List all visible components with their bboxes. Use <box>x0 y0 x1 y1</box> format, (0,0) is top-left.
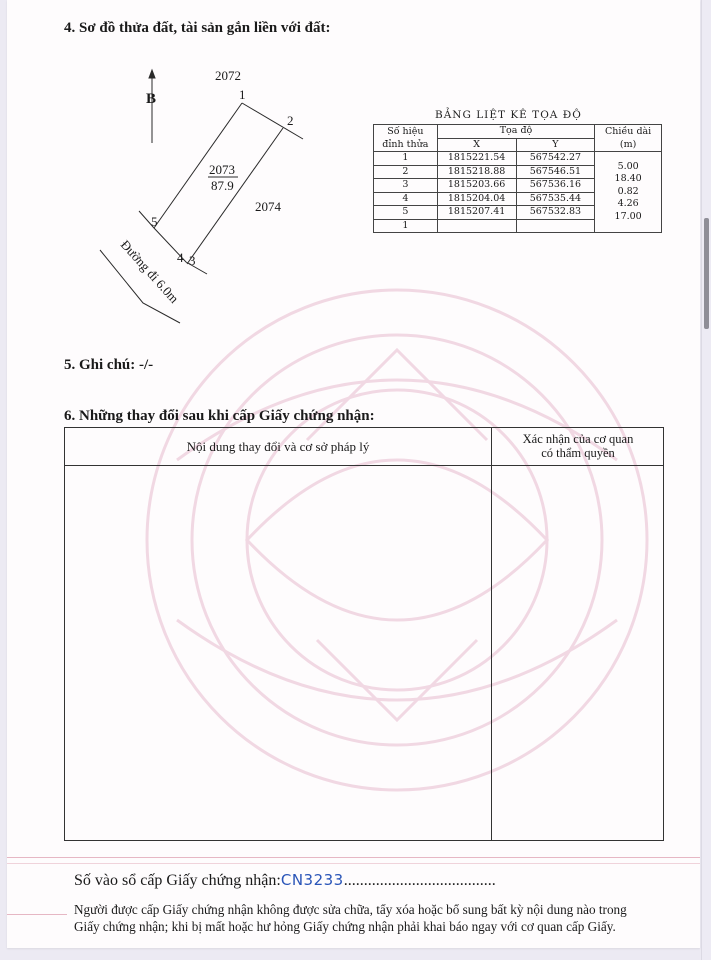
lengths-cell: 5.00 18.40 0.82 4.26 17.00 <box>595 152 662 233</box>
changes-table: Nội dung thay đổi và cơ sở pháp lý Xác n… <box>64 427 664 841</box>
changes-header-content: Nội dung thay đổi và cơ sở pháp lý <box>65 439 491 455</box>
divider <box>7 863 700 864</box>
header-coords: Tọa độ <box>437 125 595 139</box>
changes-header-confirmation: Xác nhận của cơ quan có thẩm quyền <box>493 432 663 460</box>
header-length: Chiều dài (m) <box>595 125 662 152</box>
notice-text: Người được cấp Giấy chứng nhận không đượ… <box>74 901 694 935</box>
header-vertex: Số hiệu đỉnh thửa <box>374 125 438 152</box>
coordinate-table: Số hiệu đỉnh thửa Tọa độ Chiều dài (m) X… <box>373 124 662 233</box>
parcel-area: 87.9 <box>211 178 234 193</box>
scrollbar[interactable] <box>701 0 711 960</box>
coordinate-table-title: BẢNG LIỆT KÊ TỌA ĐỘ <box>435 109 582 121</box>
certificate-page: 4. Sơ đồ thửa đất, tài sản gắn liền với … <box>7 0 700 948</box>
vertex-2-label: 2 <box>287 113 294 128</box>
registry-handwritten-value: CN3233 <box>281 871 344 889</box>
header-x: X <box>437 138 516 152</box>
changes-left-column <box>65 428 492 840</box>
divider <box>7 914 67 915</box>
north-label: B <box>146 91 156 107</box>
registry-number: Số vào sổ cấp Giấy chứng nhận:CN3233....… <box>74 871 496 890</box>
vertex-4-label: 4 <box>177 250 184 265</box>
adjacent-parcel-north: 2072 <box>215 68 241 83</box>
header-y: Y <box>516 138 595 152</box>
parcel-diagram: 2072 B 1 2 2073 87.9 2074 5 4 3 Đường đi… <box>7 0 367 340</box>
vertex-3-label: 3 <box>189 253 196 268</box>
section-6-heading: 6. Những thay đổi sau khi cấp Giấy chứng… <box>64 408 375 425</box>
divider <box>7 857 700 858</box>
adjacent-parcel-east: 2074 <box>255 199 282 214</box>
vertex-5-label: 5 <box>151 214 158 229</box>
section-5-heading: 5. Ghi chú: -/- <box>64 357 153 374</box>
scrollbar-thumb[interactable] <box>704 218 709 329</box>
vertex-1-label: 1 <box>239 87 246 102</box>
parcel-number: 2073 <box>209 162 235 177</box>
registry-label: Số vào sổ cấp Giấy chứng nhận: <box>74 872 281 889</box>
table-row: 1 1815221.54 567542.27 5.00 18.40 0.82 4… <box>374 152 662 166</box>
